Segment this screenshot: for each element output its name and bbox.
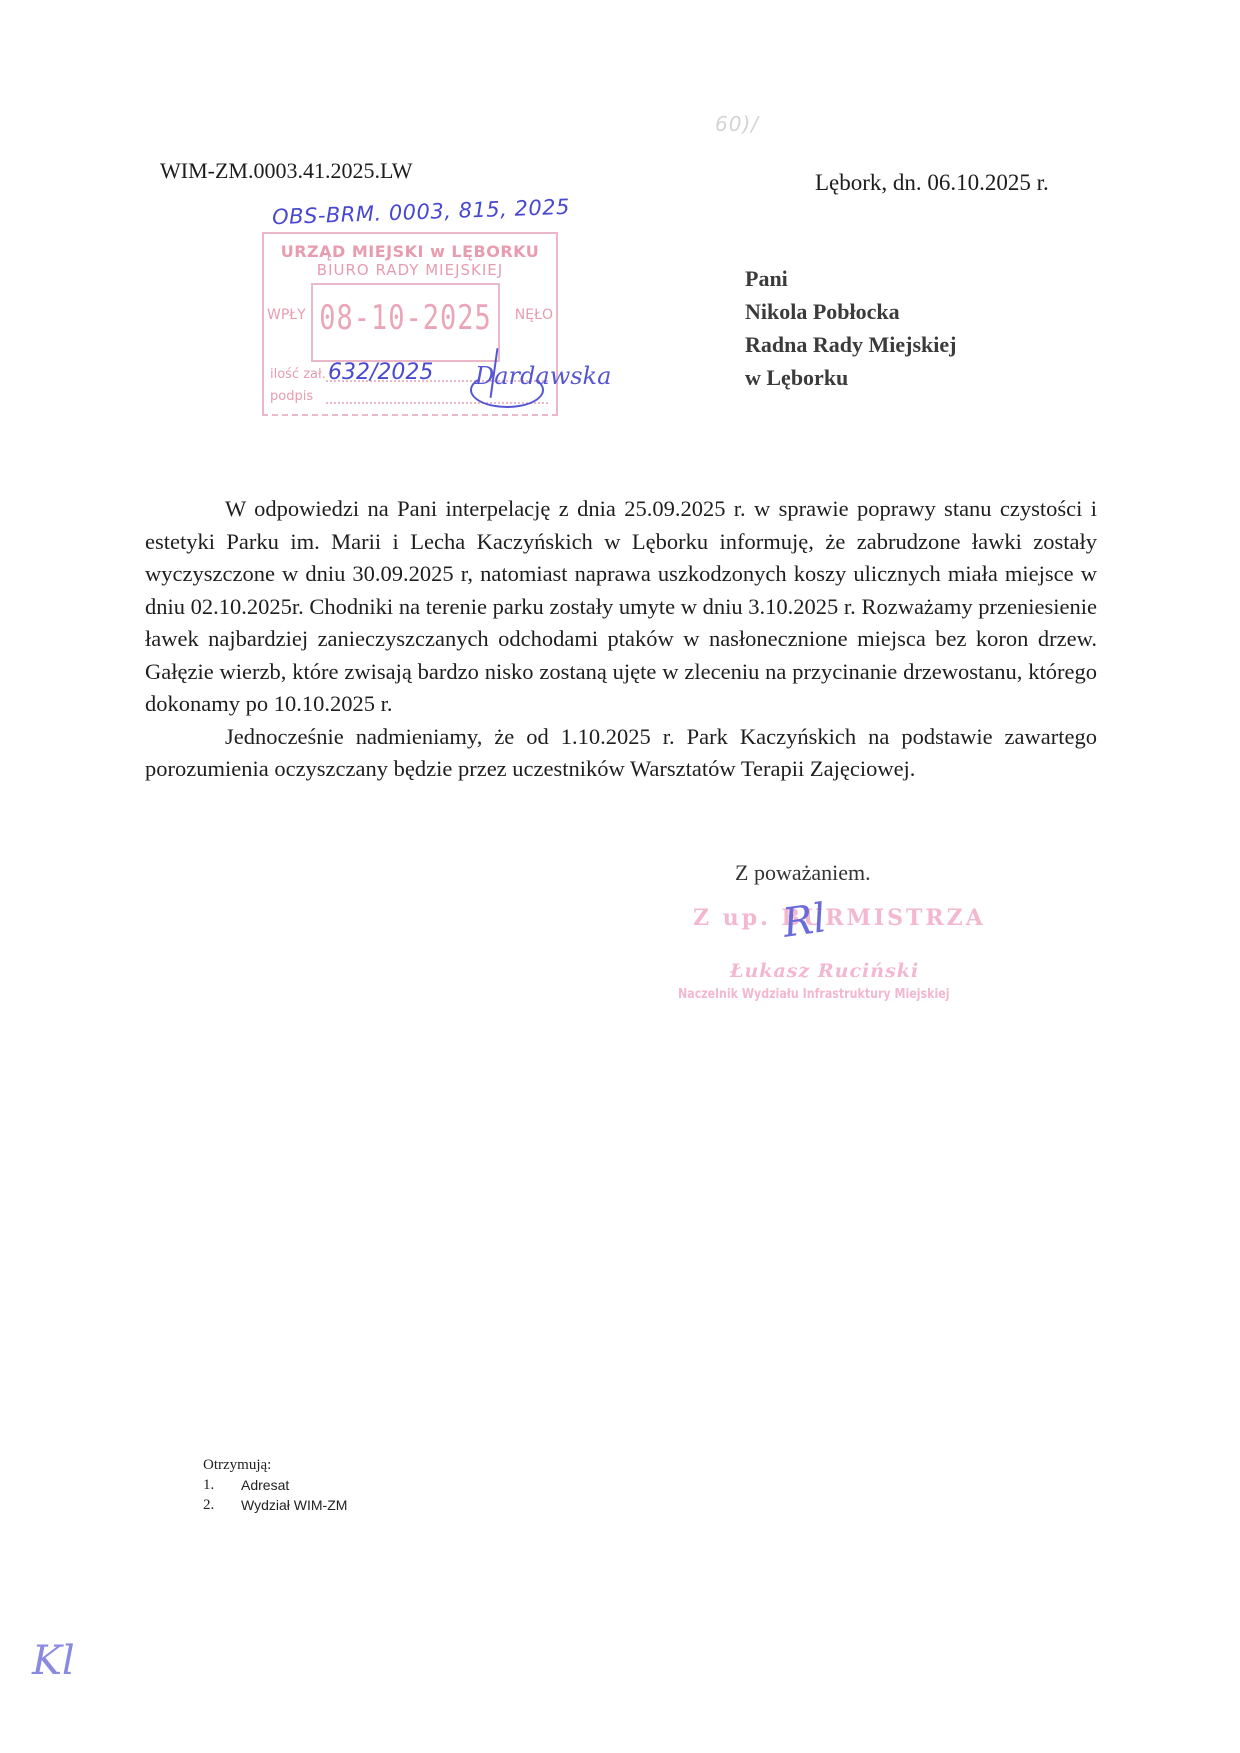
faint-handwritten-note: 60)/	[715, 112, 759, 136]
letter-body: W odpowiedzi na Pani interpelację z dnia…	[145, 493, 1097, 786]
addressee-line: Radna Rady Miejskiej	[745, 328, 956, 361]
stamp-label-left: WPŁY	[267, 307, 306, 323]
recipient-text: Wydział WIM-ZM	[241, 1495, 347, 1515]
handwritten-initials: Kl	[32, 1638, 75, 1684]
body-paragraph: Jednocześnie nadmieniamy, że od 1.10.202…	[145, 721, 1097, 786]
addressee-line: w Lęborku	[745, 361, 956, 394]
addressee-block: Pani Nikola Pobłocka Radna Rady Miejskie…	[745, 262, 956, 394]
recipients-block: Otrzymują: 1. Adresat 2. Wydział WIM-ZM	[203, 1455, 347, 1515]
recipient-item: 2. Wydział WIM-ZM	[203, 1495, 347, 1515]
signature-stamp-authority: Z up. BURMISTRZA	[693, 905, 986, 931]
recipient-text: Adresat	[241, 1475, 289, 1495]
closing-salutation: Z poważaniem.	[735, 860, 871, 886]
place-date: Lębork, dn. 06.10.2025 r.	[815, 170, 1049, 196]
stamp-date-box: 08-10-2025	[311, 283, 500, 362]
stamp-signature-label: podpis	[270, 389, 313, 404]
body-paragraph: W odpowiedzi na Pani interpelację z dnia…	[145, 493, 1097, 721]
signatory-title: Naczelnik Wydziału Infrastruktury Miejsk…	[678, 987, 950, 1002]
recipients-list: 1. Adresat 2. Wydział WIM-ZM	[203, 1475, 347, 1515]
stamp-office-line1: URZĄD MIEJSKI w LĘBORKU	[264, 242, 556, 261]
addressee-line: Pani	[745, 262, 956, 295]
stamp-label-right: NĘŁO	[515, 307, 553, 323]
stamp-attachments-label: ilość zał.	[270, 367, 326, 382]
signature-paraph: Rl	[780, 895, 829, 947]
handwritten-registration-number: OBS-BRM. 0003, 815, 2025	[272, 195, 571, 229]
stamp-received-date: 08-10-2025	[313, 299, 498, 338]
handwritten-signature: Dardawska	[475, 362, 611, 390]
handwritten-count: 632/2025	[328, 360, 433, 385]
recipient-number: 2.	[203, 1495, 241, 1515]
recipient-item: 1. Adresat	[203, 1475, 347, 1495]
recipients-heading: Otrzymują:	[203, 1455, 347, 1475]
recipient-number: 1.	[203, 1475, 241, 1495]
reference-number: WIM-ZM.0003.41.2025.LW	[160, 158, 413, 184]
signatory-name: Łukasz Ruciński	[730, 960, 919, 982]
stamp-office-line2: BIURO RADY MIEJSKIEJ	[264, 261, 556, 279]
addressee-line: Nikola Pobłocka	[745, 295, 956, 328]
